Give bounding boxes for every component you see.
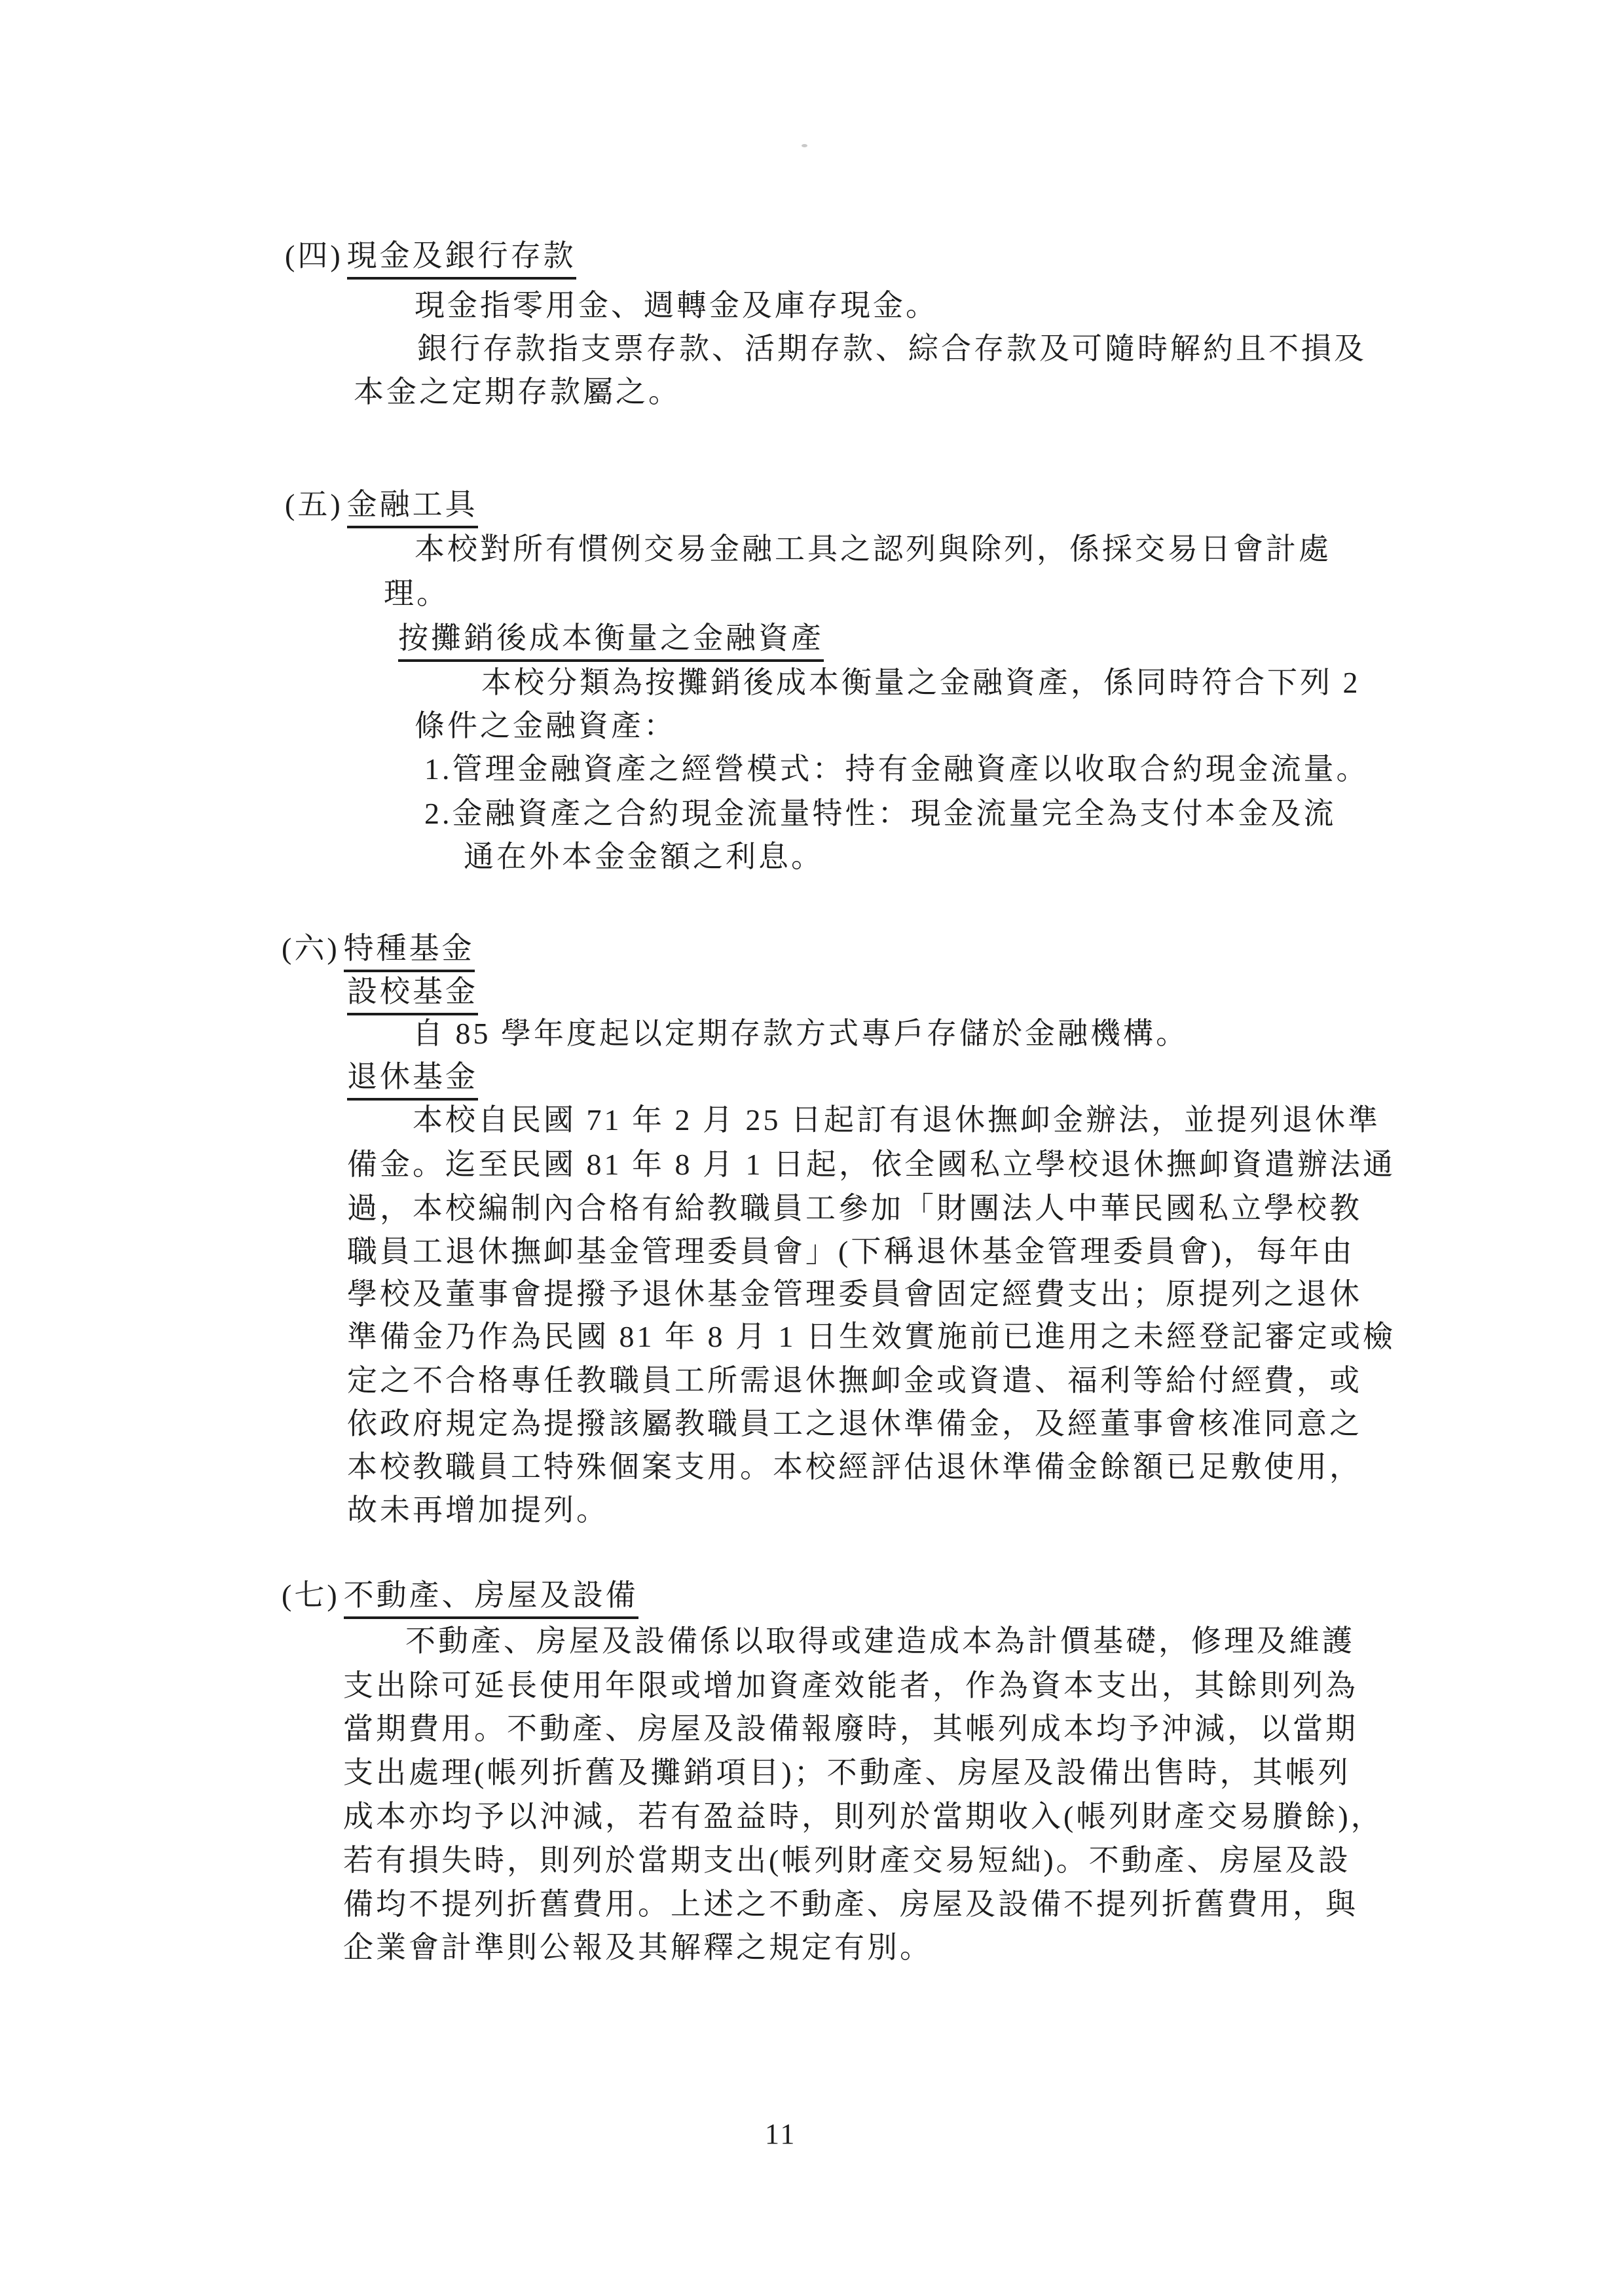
- scan-speck: [802, 144, 807, 147]
- section-heading: (七)不動產、房屋及設備: [282, 1576, 638, 1614]
- section-label: (五): [285, 488, 343, 521]
- section-heading: (六)特種基金: [282, 930, 475, 968]
- text-line: 本校對所有慣例交易金融工具之認列與除列，係採交易日會計處: [415, 530, 1331, 568]
- section-title: 特種基金: [344, 932, 475, 972]
- text-line: 準備金乃作為民國 81 年 8 月 1 日生效實施前已進用之未經登記審定或檢: [347, 1318, 1395, 1356]
- section-label: (六): [282, 932, 340, 965]
- text-line: 故未再增加提列。: [347, 1491, 609, 1529]
- page-number: 11: [765, 2117, 796, 2151]
- text-line: 銀行存款指支票存款、活期存款、綜合存款及可隨時解約且不損及: [417, 330, 1367, 368]
- list-item: 1.管理金融資產之經營模式：持有金融資產以收取合約現金流量。: [424, 750, 1369, 788]
- section-heading: (四)現金及銀行存款: [285, 237, 576, 275]
- text-line: 成本亦均予以沖減，若有盈益時，則列於當期收入(帳列財產交易賸餘)，: [343, 1798, 1384, 1836]
- text-line: 依政府規定為提撥該屬教職員工之退休準備金，及經董事會核准同意之: [347, 1405, 1362, 1443]
- text-line: 條件之金融資產：: [415, 707, 676, 745]
- text-line: 不動產、房屋及設備係以取得或建造成本為計價基礎，修理及維護: [405, 1622, 1355, 1660]
- subsection-heading: 設校基金: [347, 973, 478, 1011]
- text-line: 自 85 學年度起以定期存款方式專戶存儲於金融機構。: [413, 1015, 1189, 1053]
- section-title: 現金及銀行存款: [347, 239, 576, 280]
- subsection-title: 退休基金: [347, 1060, 478, 1101]
- text-line: 當期費用。不動產、房屋及設備報廢時，其帳列成本均予沖減，以當期: [343, 1710, 1358, 1748]
- section-heading: (五)金融工具: [285, 486, 478, 524]
- document-page: (四)現金及銀行存款 現金指零用金、週轉金及庫存現金。 銀行存款指支票存款、活期…: [0, 0, 1624, 2296]
- text-line: 備均不提列折舊費用。上述之不動產、房屋及設備不提列折舊費用，與: [343, 1886, 1358, 1923]
- section-title: 不動產、房屋及設備: [344, 1578, 638, 1619]
- subsection-title: 設校基金: [347, 975, 478, 1015]
- text-line: 支出處理(帳列折舊及攤銷項目)；不動產、房屋及設備出售時，其帳列: [343, 1754, 1351, 1792]
- text-line: 過，本校編制內合格有給教職員工參加「財團法人中華民國私立學校教: [347, 1190, 1362, 1228]
- section-label: (七): [282, 1578, 340, 1612]
- text-line: 職員工退休撫卹基金管理委員會」(下稱退休基金管理委員會)，每年由: [347, 1233, 1355, 1271]
- subsection-heading: 按攤銷後成本衡量之金融資產: [398, 619, 824, 657]
- text-line: 本校自民國 71 年 2 月 25 日起訂有退休撫卹金辦法，並提列退休準: [413, 1101, 1380, 1139]
- text-line: 定之不合格專任教職員工所需退休撫卹金或資遣、福利等給付經費，或: [347, 1362, 1362, 1400]
- section-label: (四): [285, 239, 343, 272]
- text-line: 備金。迄至民國 81 年 8 月 1 日起，依全國私立學校退休撫卹資遣辦法通: [347, 1146, 1395, 1184]
- text-line: 若有損失時，則列於當期支出(帳列財產交易短絀)。不動產、房屋及設: [343, 1842, 1351, 1880]
- subsection-title: 按攤銷後成本衡量之金融資產: [398, 621, 824, 662]
- text-line: 學校及董事會提撥予退休基金管理委員會固定經費支出；原提列之退休: [347, 1275, 1362, 1313]
- text-line: 現金指零用金、週轉金及庫存現金。: [415, 287, 938, 325]
- text-line: 理。: [384, 575, 449, 613]
- text-line: 本金之定期存款屬之。: [354, 373, 681, 411]
- text-line: 本校教職員工特殊個案支用。本校經評估退休準備金餘額已足敷使用，: [347, 1448, 1362, 1486]
- subsection-heading: 退休基金: [347, 1058, 478, 1096]
- list-item: 2.金融資產之合約現金流量特性：現金流量完全為支付本金及流: [424, 795, 1337, 833]
- text-line: 企業會計準則公報及其解釋之規定有別。: [343, 1929, 932, 1967]
- text-line: 通在外本金金額之利息。: [464, 838, 824, 876]
- section-title: 金融工具: [347, 488, 478, 528]
- text-line: 支出除可延長使用年限或增加資產效能者，作為資本支出，其餘則列為: [343, 1667, 1358, 1705]
- text-line: 本校分類為按攤銷後成本衡量之金融資產，係同時符合下列 2: [481, 664, 1361, 702]
